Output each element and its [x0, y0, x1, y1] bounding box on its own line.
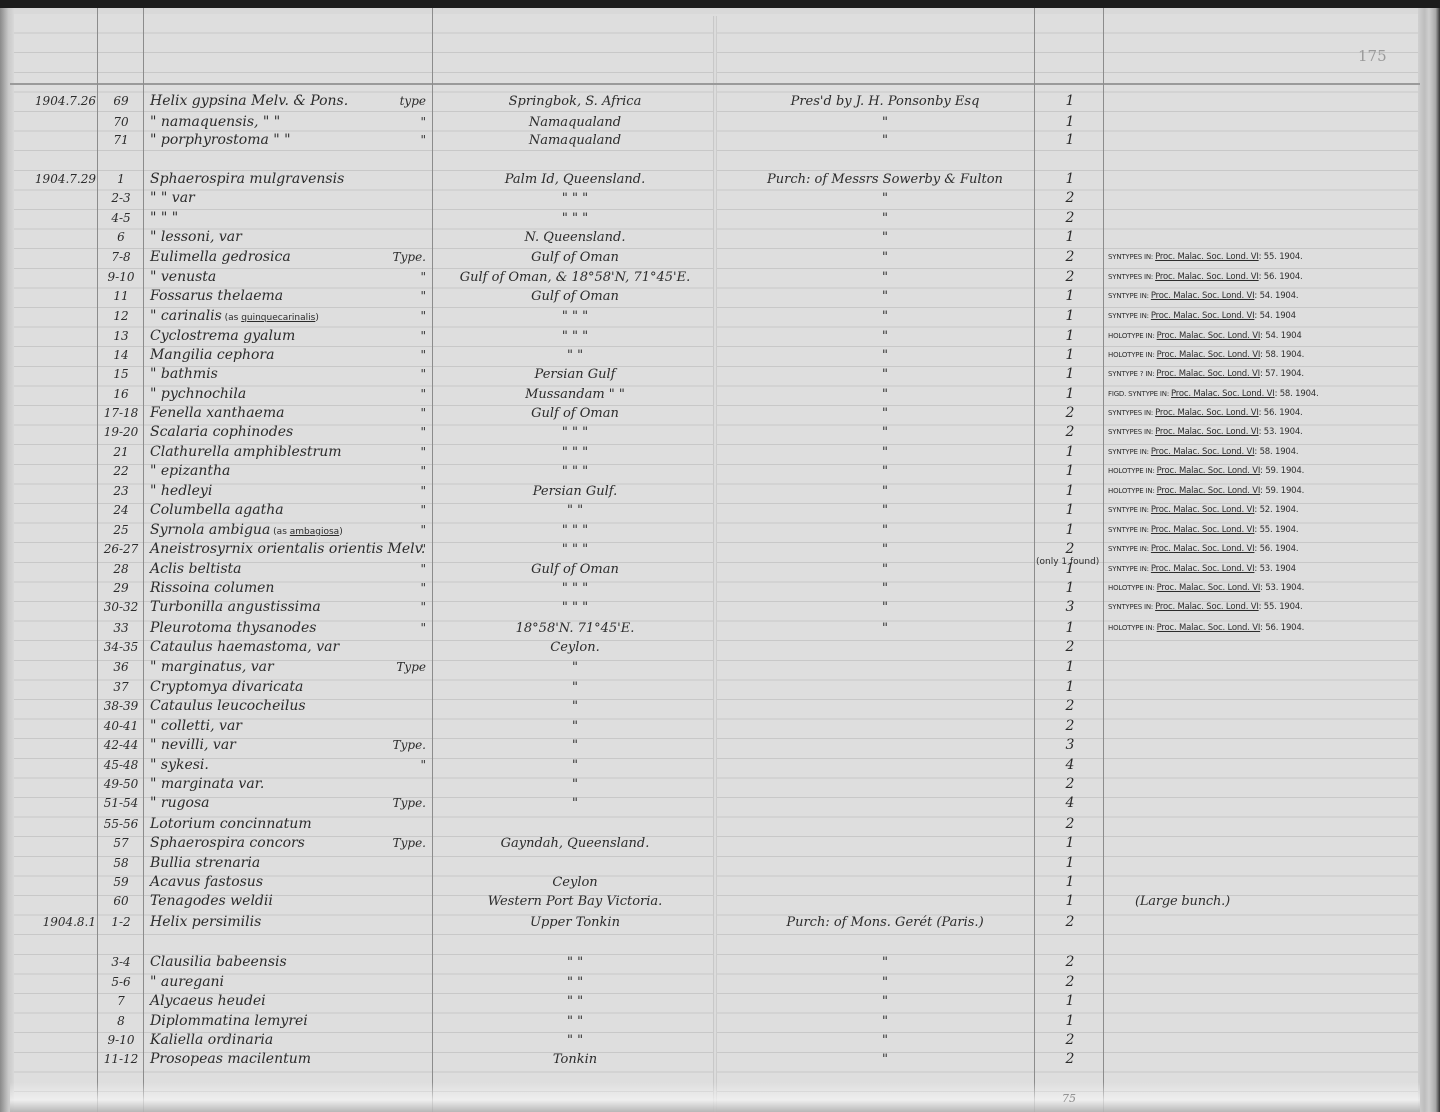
- locality: " " ": [430, 307, 720, 326]
- table-row: 71" porphyrostoma " ""Namaqualand"1: [0, 131, 1440, 150]
- remark-page: : 56. 1904.: [1260, 623, 1304, 633]
- quantity: 2: [1035, 404, 1105, 423]
- remarks: SYNTYPES in: Proc. Malac. Soc. Lond. VI:…: [1108, 598, 1388, 617]
- species-name: Alycaeus heudei: [150, 992, 380, 1011]
- quantity: 1: [1035, 92, 1105, 111]
- species-name-text: " " ": [150, 210, 178, 226]
- species-name: Eulimella gedrosica: [150, 248, 380, 267]
- register-number: 38-39: [98, 697, 144, 716]
- species-name-text: Aclis beltista: [150, 561, 242, 577]
- type-status: ": [370, 385, 426, 404]
- register-number: 12: [98, 307, 144, 326]
- quantity: 1: [1035, 579, 1105, 598]
- species-name: Fenella xanthaema: [150, 404, 380, 423]
- locality: " " ": [430, 598, 720, 617]
- species-name: Clathurella amphiblestrum: [150, 443, 380, 462]
- page-bottom-glare: [10, 1082, 1420, 1112]
- table-row: 30-32Turbonilla angustissima"" " ""3SYNT…: [0, 598, 1440, 617]
- species-name-text: Pleurotoma thysanodes: [150, 620, 316, 636]
- source: ": [725, 501, 1045, 520]
- species-name: " hedleyi: [150, 482, 380, 501]
- remarks: SYNTYPE in: Proc. Malac. Soc. Lond. VI: …: [1108, 307, 1388, 326]
- remark-type-status: SYNTYPE in:: [1108, 545, 1151, 553]
- remark-page: : 57. 1904.: [1260, 369, 1304, 379]
- locality: ": [430, 658, 720, 677]
- quantity: 1: [1035, 462, 1105, 481]
- table-row: 17-18Fenella xanthaema"Gulf of Oman"2SYN…: [0, 404, 1440, 423]
- species-name: " carinalis (as quinquecarinalis): [150, 307, 380, 328]
- species-name: Helix persimilis: [150, 913, 380, 932]
- date-cell: 1904.8.1: [22, 913, 96, 932]
- name-annotation: (as quinquecarinalis): [222, 313, 319, 323]
- remark-page: : 53. 1904.: [1260, 583, 1304, 593]
- remark-page: : 55. 1904.: [1259, 602, 1303, 612]
- species-name: " auregani: [150, 973, 380, 992]
- species-name-text: Diplommatina lemyrei: [150, 1013, 308, 1029]
- species-name: " bathmis: [150, 365, 380, 384]
- source: ": [725, 540, 1045, 559]
- remark-page: : 54. 1904: [1260, 331, 1301, 341]
- locality: 18°58'N. 71°45'E.: [430, 619, 720, 638]
- table-row: 33Pleurotoma thysanodes"18°58'N. 71°45'E…: [0, 619, 1440, 638]
- species-name: " lessoni, var: [150, 228, 380, 247]
- type-status: ": [370, 287, 426, 306]
- source: ": [725, 385, 1045, 404]
- table-row: 45-48" sykesi.""4: [0, 756, 1440, 775]
- quantity: 2: [1035, 953, 1105, 972]
- species-name: " colletti, var: [150, 717, 380, 736]
- remark-type-status: SYNTYPE in:: [1108, 448, 1151, 456]
- register-number: 69: [98, 92, 144, 111]
- quantity: 2: [1035, 209, 1105, 228]
- species-name-text: " porphyrostoma " ": [150, 132, 291, 148]
- remark-page: : 59. 1904.: [1260, 486, 1304, 496]
- remark-page: : 58. 1904.: [1275, 389, 1319, 399]
- register-number: 4-5: [98, 209, 144, 228]
- locality: ": [430, 678, 720, 697]
- table-row: 9-10Kaliella ordinaria" ""2: [0, 1031, 1440, 1050]
- species-name: " pychnochila: [150, 385, 380, 404]
- species-name: Rissoina columen: [150, 579, 380, 598]
- type-status: ": [370, 540, 426, 559]
- header-rule: [10, 83, 1420, 85]
- table-row: 36" marginatus, varType"1: [0, 658, 1440, 677]
- type-status: ": [370, 579, 426, 598]
- source: ": [725, 228, 1045, 247]
- remark-reference: Proc. Malac. Soc. Lond. VI: [1156, 369, 1260, 379]
- species-name: Clausilia babeensis: [150, 953, 380, 972]
- species-name-text: " marginata var.: [150, 776, 264, 792]
- locality: Palm Id, Queensland.: [430, 170, 720, 189]
- locality: " " ": [430, 462, 720, 481]
- quantity: 3: [1035, 736, 1105, 755]
- table-row: 16" pychnochila"Mussandam " ""1FIGD. SYN…: [0, 385, 1440, 404]
- remark-reference: Proc. Malac. Soc. Lond. VI: [1151, 291, 1255, 301]
- register-number: 29: [98, 579, 144, 598]
- table-row: 15" bathmis"Persian Gulf"1SYNTYPE ? in: …: [0, 365, 1440, 384]
- locality: Gulf of Oman: [430, 560, 720, 579]
- species-name: Aclis beltista: [150, 560, 380, 579]
- register-number: 25: [98, 521, 144, 540]
- table-row: 29Rissoina columen"" " ""1HOLOTYPE in: P…: [0, 579, 1440, 598]
- source: ": [725, 560, 1045, 579]
- remark-reference: Proc. Malac. Soc. Lond. VI: [1155, 602, 1259, 612]
- locality: Gulf of Oman, & 18°58'N, 71°45'E.: [430, 268, 720, 287]
- source: ": [725, 1031, 1045, 1050]
- remarks: SYNTYPE in: Proc. Malac. Soc. Lond. VI: …: [1108, 540, 1388, 559]
- source: ": [725, 189, 1045, 208]
- species-name-text: Sphaerospira concors: [150, 835, 305, 851]
- table-row: 7-8Eulimella gedrosicaType.Gulf of Oman"…: [0, 248, 1440, 267]
- table-row: 21Clathurella amphiblestrum"" " ""1SYNTY…: [0, 443, 1440, 462]
- type-status: ": [370, 619, 426, 638]
- source: ": [725, 462, 1045, 481]
- quantity: 1: [1035, 1012, 1105, 1031]
- remark-type-status: HOLOTYPE in:: [1108, 332, 1157, 340]
- table-row: 11-12Prosopeas macilentumTonkin"2: [0, 1050, 1440, 1069]
- species-name: " namaquensis, " ": [150, 113, 380, 132]
- remark-type-status: HOLOTYPE in:: [1108, 584, 1157, 592]
- species-name: " rugosa: [150, 794, 380, 813]
- quantity: 1: [1035, 327, 1105, 346]
- species-name-text: " hedleyi: [150, 483, 212, 499]
- quantity: 1: [1035, 170, 1105, 189]
- source: ": [725, 973, 1045, 992]
- table-row: 59Acavus fastosusCeylon1: [0, 873, 1440, 892]
- species-name: Kaliella ordinaria: [150, 1031, 380, 1050]
- locality: Gulf of Oman: [430, 248, 720, 267]
- species-name-text: Eulimella gedrosica: [150, 249, 291, 265]
- species-name: Pleurotoma thysanodes: [150, 619, 380, 638]
- quantity: 1: [1035, 854, 1105, 873]
- species-name-text: " lessoni, var: [150, 229, 242, 245]
- species-name-text: Scalaria cophinodes: [150, 424, 293, 440]
- source: ": [725, 365, 1045, 384]
- remark-text: (Large bunch.): [1135, 894, 1230, 909]
- table-row: 37Cryptomya divaricata"1: [0, 678, 1440, 697]
- locality: Upper Tonkin: [430, 913, 720, 932]
- register-number: 15: [98, 365, 144, 384]
- type-status: ": [370, 365, 426, 384]
- locality: " " ": [430, 521, 720, 540]
- source: ": [725, 423, 1045, 442]
- source: ": [725, 619, 1045, 638]
- register-number: 3-4: [98, 953, 144, 972]
- remarks: (Large bunch.): [1135, 892, 1415, 911]
- quantity: 2: [1035, 423, 1105, 442]
- quantity: 2: [1035, 638, 1105, 657]
- quantity: 2: [1035, 913, 1105, 932]
- species-name: Aneistrosyrnix orientalis orientis Melv.: [150, 540, 380, 559]
- date-cell: 1904.7.29: [22, 170, 96, 189]
- remark-reference: Proc. Malac. Soc. Lond. VI: [1151, 564, 1255, 574]
- register-number: 49-50: [98, 775, 144, 794]
- table-row: 38-39Cataulus leucocheilus"2: [0, 697, 1440, 716]
- locality: " " ": [430, 423, 720, 442]
- table-row: 1904.7.2669Helix gypsina Melv. & Pons.ty…: [0, 92, 1440, 111]
- remarks: SYNTYPE in: Proc. Malac. Soc. Lond. VI: …: [1108, 287, 1388, 306]
- remarks: SYNTYPES in: Proc. Malac. Soc. Lond. VI:…: [1108, 423, 1388, 442]
- type-status: ": [370, 756, 426, 775]
- register-number: 17-18: [98, 404, 144, 423]
- species-name: Tenagodes weldii: [150, 892, 380, 911]
- table-row: 55-56Lotorium concinnatum2: [0, 815, 1440, 834]
- species-name-text: Turbonilla angustissima: [150, 599, 321, 615]
- remark-reference: Proc. Malac. Soc. Lond. VI: [1155, 272, 1259, 282]
- register-number: 1: [98, 170, 144, 189]
- locality: Tonkin: [430, 1050, 720, 1069]
- source: ": [725, 404, 1045, 423]
- quantity: 1: [1035, 834, 1105, 853]
- locality: Namaqualand: [430, 131, 720, 150]
- species-name-text: " " var: [150, 190, 195, 206]
- source: ": [725, 579, 1045, 598]
- quantity: 2: [1035, 248, 1105, 267]
- species-name: Helix gypsina Melv. & Pons.: [150, 92, 380, 111]
- table-row: 23" hedleyi"Persian Gulf."1HOLOTYPE in: …: [0, 482, 1440, 501]
- locality: " ": [430, 953, 720, 972]
- quantity: 1: [1035, 482, 1105, 501]
- remark-page: : 54. 1904.: [1254, 291, 1298, 301]
- type-status: ": [370, 521, 426, 540]
- locality: ": [430, 717, 720, 736]
- species-name: " porphyrostoma " ": [150, 131, 380, 150]
- quantity: 2: [1035, 268, 1105, 287]
- locality: Mussandam " ": [430, 385, 720, 404]
- remark-reference: Proc. Malac. Soc. Lond. VI: [1157, 466, 1261, 476]
- species-name-text: Columbella agatha: [150, 502, 284, 518]
- species-name-text: " sykesi.: [150, 757, 209, 773]
- quantity: 2: [1035, 717, 1105, 736]
- species-name-text: " rugosa: [150, 795, 210, 811]
- quantity: 1: [1035, 113, 1105, 132]
- species-name-text: Alycaeus heudei: [150, 993, 266, 1009]
- remark-reference: Proc. Malac. Soc. Lond. VI: [1151, 311, 1255, 321]
- annotation-name: quinquecarinalis: [241, 313, 315, 323]
- remark-reference: Proc. Malac. Soc. Lond. VI: [1157, 350, 1261, 360]
- remark-page: : 52. 1904.: [1254, 505, 1298, 515]
- register-number: 33: [98, 619, 144, 638]
- register-number: 26-27: [98, 540, 144, 559]
- page-number: 175: [1358, 47, 1387, 65]
- table-row: 1904.7.291Sphaerospira mulgravensisPalm …: [0, 170, 1440, 189]
- quantity: 4: [1035, 756, 1105, 775]
- table-row: 1904.8.11-2Helix persimilisUpper TonkinP…: [0, 913, 1440, 932]
- remark-type-status: SYNTYPE in:: [1108, 526, 1151, 534]
- table-row: 58Bullia strenaria1: [0, 854, 1440, 873]
- type-status: ": [370, 131, 426, 150]
- register-number: 23: [98, 482, 144, 501]
- species-name-text: Fenella xanthaema: [150, 405, 284, 421]
- species-name: Prosopeas macilentum: [150, 1050, 380, 1069]
- remarks: SYNTYPES in: Proc. Malac. Soc. Lond. VI:…: [1108, 268, 1388, 287]
- species-name-text: Prosopeas macilentum: [150, 1051, 311, 1067]
- species-name-text: Helix persimilis: [150, 914, 261, 930]
- type-status: ": [370, 307, 426, 326]
- table-row: 6" lessoni, varN. Queensland."1: [0, 228, 1440, 247]
- locality: " " ": [430, 327, 720, 346]
- remark-reference: Proc. Malac. Soc. Lond. VI: [1151, 447, 1255, 457]
- type-status: ": [370, 443, 426, 462]
- quantity: 1: [1035, 992, 1105, 1011]
- locality: Springbok, S. Africa: [430, 92, 720, 111]
- register-number: 9-10: [98, 1031, 144, 1050]
- species-name-text: Helix gypsina Melv. & Pons.: [150, 93, 348, 109]
- table-row: 22" epizantha"" " ""1HOLOTYPE in: Proc. …: [0, 462, 1440, 481]
- table-row: 60Tenagodes weldiiWestern Port Bay Victo…: [0, 892, 1440, 911]
- remark-page: : 55. 1904.: [1259, 252, 1303, 262]
- remark-type-status: SYNTYPE in:: [1108, 292, 1151, 300]
- species-name: Mangilia cephora: [150, 346, 380, 365]
- quantity: 1: [1035, 501, 1105, 520]
- locality: Gulf of Oman: [430, 287, 720, 306]
- quantity: 4: [1035, 794, 1105, 813]
- quantity: 1: [1035, 228, 1105, 247]
- register-number: 37: [98, 678, 144, 697]
- type-status: ": [370, 268, 426, 287]
- quantity: 1: [1035, 892, 1105, 911]
- locality: " ": [430, 1012, 720, 1031]
- register-number: 2-3: [98, 189, 144, 208]
- register-number: 1-2: [98, 913, 144, 932]
- locality: Namaqualand: [430, 113, 720, 132]
- remark-page: : 54. 1904: [1254, 311, 1295, 321]
- locality: Ceylon.: [430, 638, 720, 657]
- register-number: 58: [98, 854, 144, 873]
- source: ": [725, 113, 1045, 132]
- remark-type-status: SYNTYPE in:: [1108, 565, 1151, 573]
- remark-type-status: SYNTYPES in:: [1108, 603, 1155, 611]
- source: ": [725, 131, 1045, 150]
- remarks: SYNTYPES in: Proc. Malac. Soc. Lond. VI:…: [1108, 248, 1388, 267]
- species-name-text: " marginatus, var: [150, 659, 274, 675]
- source: ": [725, 953, 1045, 972]
- species-name: Turbonilla angustissima: [150, 598, 380, 617]
- species-name-text: Cataulus leucocheilus: [150, 698, 306, 714]
- register-number: 28: [98, 560, 144, 579]
- species-name-text: Sphaerospira mulgravensis: [150, 171, 344, 187]
- locality: ": [430, 794, 720, 813]
- name-annotation: (as ambagiosa): [270, 527, 342, 537]
- register-number: 16: [98, 385, 144, 404]
- type-status: ": [370, 598, 426, 617]
- quantity: 1: [1035, 365, 1105, 384]
- source: ": [725, 443, 1045, 462]
- species-name: " epizantha: [150, 462, 380, 481]
- species-name-text: " nevilli, var: [150, 737, 236, 753]
- species-name: Bullia strenaria: [150, 854, 380, 873]
- table-row: 5-6" auregani" ""2: [0, 973, 1440, 992]
- locality: N. Queensland.: [430, 228, 720, 247]
- remarks: SYNTYPE in: Proc. Malac. Soc. Lond. VI: …: [1108, 560, 1388, 579]
- quantity: 2: [1035, 697, 1105, 716]
- species-name-text: Kaliella ordinaria: [150, 1032, 273, 1048]
- type-status: ": [370, 113, 426, 132]
- type-status: Type.: [370, 794, 426, 813]
- annotation-name: ambagiosa: [290, 527, 339, 537]
- table-row: 40-41" colletti, var"2: [0, 717, 1440, 736]
- locality: Western Port Bay Victoria.: [430, 892, 720, 911]
- source: ": [725, 1050, 1045, 1069]
- quantity: 2: [1035, 1031, 1105, 1050]
- quantity: 2: [1035, 973, 1105, 992]
- locality: " " ": [430, 443, 720, 462]
- register-number: 40-41: [98, 717, 144, 736]
- quantity: 1: [1035, 287, 1105, 306]
- species-name-text: Fossarus thelaema: [150, 288, 283, 304]
- species-name-text: Lotorium concinnatum: [150, 816, 312, 832]
- remark-reference: Proc. Malac. Soc. Lond. VI: [1151, 505, 1255, 515]
- remark-page: : 58. 1904.: [1254, 447, 1298, 457]
- type-status: Type.: [370, 248, 426, 267]
- species-name: " venusta: [150, 268, 380, 287]
- species-name: Acavus fastosus: [150, 873, 380, 892]
- locality: " ": [430, 1031, 720, 1050]
- remarks: HOLOTYPE in: Proc. Malac. Soc. Lond. VI:…: [1108, 482, 1388, 501]
- species-name-text: " pychnochila: [150, 386, 246, 402]
- type-status: ": [370, 327, 426, 346]
- species-name-text: Tenagodes weldii: [150, 893, 273, 909]
- quantity: 3: [1035, 598, 1105, 617]
- type-status: ": [370, 560, 426, 579]
- register-number: 21: [98, 443, 144, 462]
- locality: ": [430, 756, 720, 775]
- quantity-note: (only 1 found): [1036, 557, 1099, 567]
- source: ": [725, 346, 1045, 365]
- species-name-text: " venusta: [150, 269, 216, 285]
- type-status: ": [370, 346, 426, 365]
- register-number: 7: [98, 992, 144, 1011]
- table-row: 28Aclis beltista"Gulf of Oman"1SYNTYPE i…: [0, 560, 1440, 579]
- remark-type-status: SYNTYPE in:: [1108, 506, 1151, 514]
- remark-type-status: SYNTYPES in:: [1108, 409, 1155, 417]
- species-name: Syrnola ambigua (as ambagiosa): [150, 521, 380, 542]
- remark-page: : 55. 1904.: [1254, 525, 1298, 535]
- locality: ": [430, 775, 720, 794]
- source: ": [725, 598, 1045, 617]
- locality: Gulf of Oman: [430, 404, 720, 423]
- species-name: " sykesi.: [150, 756, 380, 775]
- remark-type-status: SYNTYPES in:: [1108, 428, 1155, 436]
- species-name-text: Clathurella amphiblestrum: [150, 444, 342, 460]
- table-row: 13Cyclostrema gyalum"" " ""1HOLOTYPE in:…: [0, 327, 1440, 346]
- locality: " ": [430, 973, 720, 992]
- species-name: " " ": [150, 209, 380, 228]
- remarks: HOLOTYPE in: Proc. Malac. Soc. Lond. VI:…: [1108, 327, 1388, 346]
- remark-type-status: SYNTYPE ? in:: [1108, 370, 1156, 378]
- remark-page: : 56. 1904.: [1259, 272, 1303, 282]
- source: ": [725, 307, 1045, 326]
- table-row: 9-10" venusta"Gulf of Oman, & 18°58'N, 7…: [0, 268, 1440, 287]
- register-number: 71: [98, 131, 144, 150]
- species-name: Diplommatina lemyrei: [150, 1012, 380, 1031]
- register-number: 70: [98, 113, 144, 132]
- quantity: 1: [1035, 521, 1105, 540]
- species-name-text: " carinalis: [150, 308, 222, 324]
- register-number: 19-20: [98, 423, 144, 442]
- register-number: 60: [98, 892, 144, 911]
- quantity: 1: [1035, 385, 1105, 404]
- remarks: SYNTYPE in: Proc. Malac. Soc. Lond. VI: …: [1108, 443, 1388, 462]
- source: ": [725, 482, 1045, 501]
- type-status: ": [370, 423, 426, 442]
- species-name-text: Cataulus haemastoma, var: [150, 639, 339, 655]
- remark-reference: Proc. Malac. Soc. Lond. VI: [1157, 623, 1261, 633]
- species-name-text: Acavus fastosus: [150, 874, 263, 890]
- species-name: Columbella agatha: [150, 501, 380, 520]
- type-status: ": [370, 462, 426, 481]
- remarks: HOLOTYPE in: Proc. Malac. Soc. Lond. VI:…: [1108, 462, 1388, 481]
